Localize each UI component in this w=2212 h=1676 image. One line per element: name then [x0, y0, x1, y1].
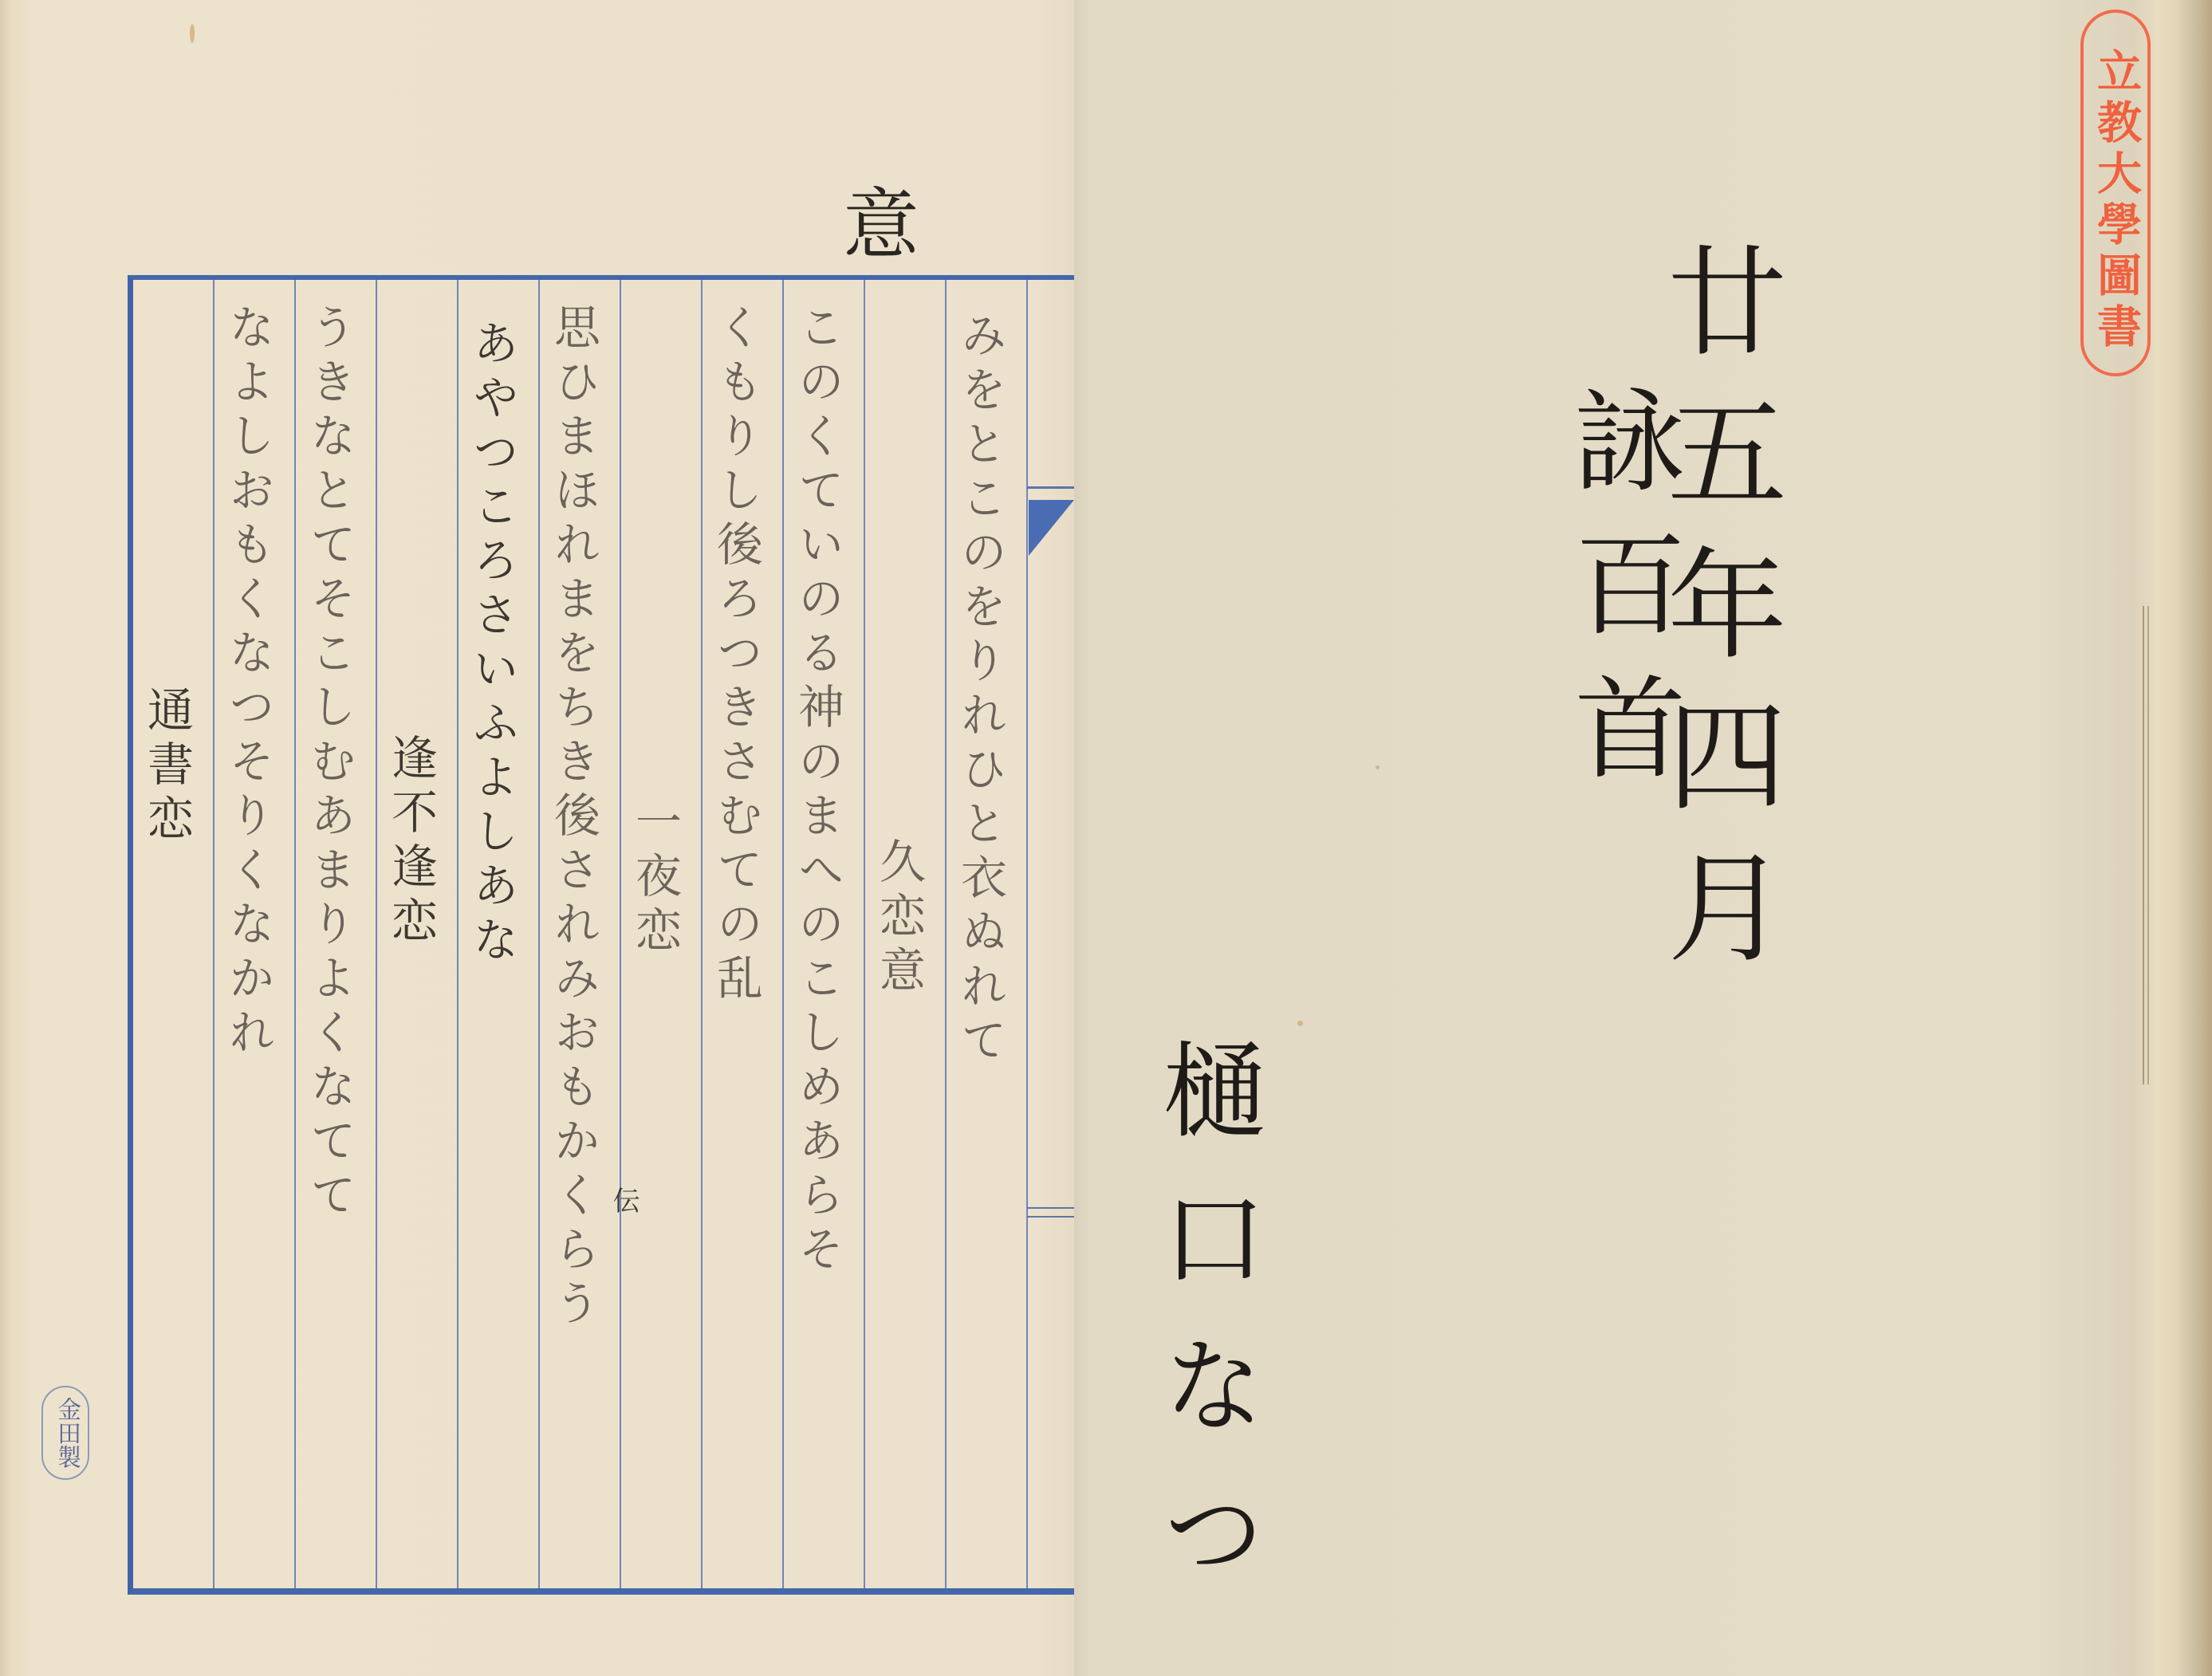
column-rule — [701, 280, 703, 1588]
text-column-title: 一夜恋 — [632, 797, 678, 960]
page-edge — [2179, 0, 2212, 1676]
paper-stain — [1297, 1021, 1303, 1026]
marginal-note: 伝 — [604, 1186, 644, 1214]
column-rule — [538, 280, 540, 1588]
paper-stain — [1376, 765, 1380, 769]
text-column: あやつころさいふよしあな — [469, 319, 515, 970]
column-rule — [1026, 280, 1028, 1588]
text-column: なよしおもくなつそりくなかれ — [225, 303, 271, 1062]
left-page: 意 みをとこのをりれひと衣ぬれて 久恋意 このくていのる神のまへのこしめあらそ … — [0, 0, 1074, 1676]
text-column-title: 逢不逢恋 — [388, 734, 434, 950]
text-column: このくていのる神のまへのこしめあらそ — [794, 303, 840, 1279]
column-rule — [376, 280, 377, 1588]
author-signature: 樋口なつ — [1154, 1037, 1258, 1627]
paper-stain — [190, 24, 195, 43]
fold-mark-fishtail — [1029, 500, 1074, 556]
right-page: 立教大學圖書 廿五年四月 詠百首 樋口なつ — [1074, 0, 2212, 1676]
column-rule — [457, 280, 459, 1588]
text-column: 思ひまほれまをちき後されみおもかくらう — [550, 303, 596, 1333]
page-heading: 意 — [833, 177, 929, 273]
text-column: くもりし後ろつきさむての乱 — [713, 303, 759, 1008]
text-column-title: 通書恋 — [144, 686, 190, 848]
column-rule — [945, 280, 947, 1588]
column-rule — [213, 280, 215, 1588]
printer-stamp: 金田製 — [41, 1386, 89, 1480]
library-seal: 立教大學圖書 — [2080, 10, 2151, 376]
title-line-2: 詠百首 — [1565, 383, 1676, 813]
column-rule — [864, 280, 865, 1588]
text-column: うきなとてそこしむあまりよくなてて — [306, 303, 352, 1225]
fold-mark-line — [1027, 486, 1074, 489]
column-rule — [620, 280, 621, 1588]
binding-thread — [2143, 606, 2149, 1084]
column-rule — [294, 280, 296, 1588]
fold-mark-double-line — [1027, 1216, 1074, 1218]
text-column-title: 久恋意 — [876, 837, 922, 1000]
fold-mark-double-line — [1027, 1207, 1074, 1209]
column-rule — [782, 280, 784, 1588]
text-column: みをとこのをりれひと衣ぬれて — [957, 311, 1003, 1070]
